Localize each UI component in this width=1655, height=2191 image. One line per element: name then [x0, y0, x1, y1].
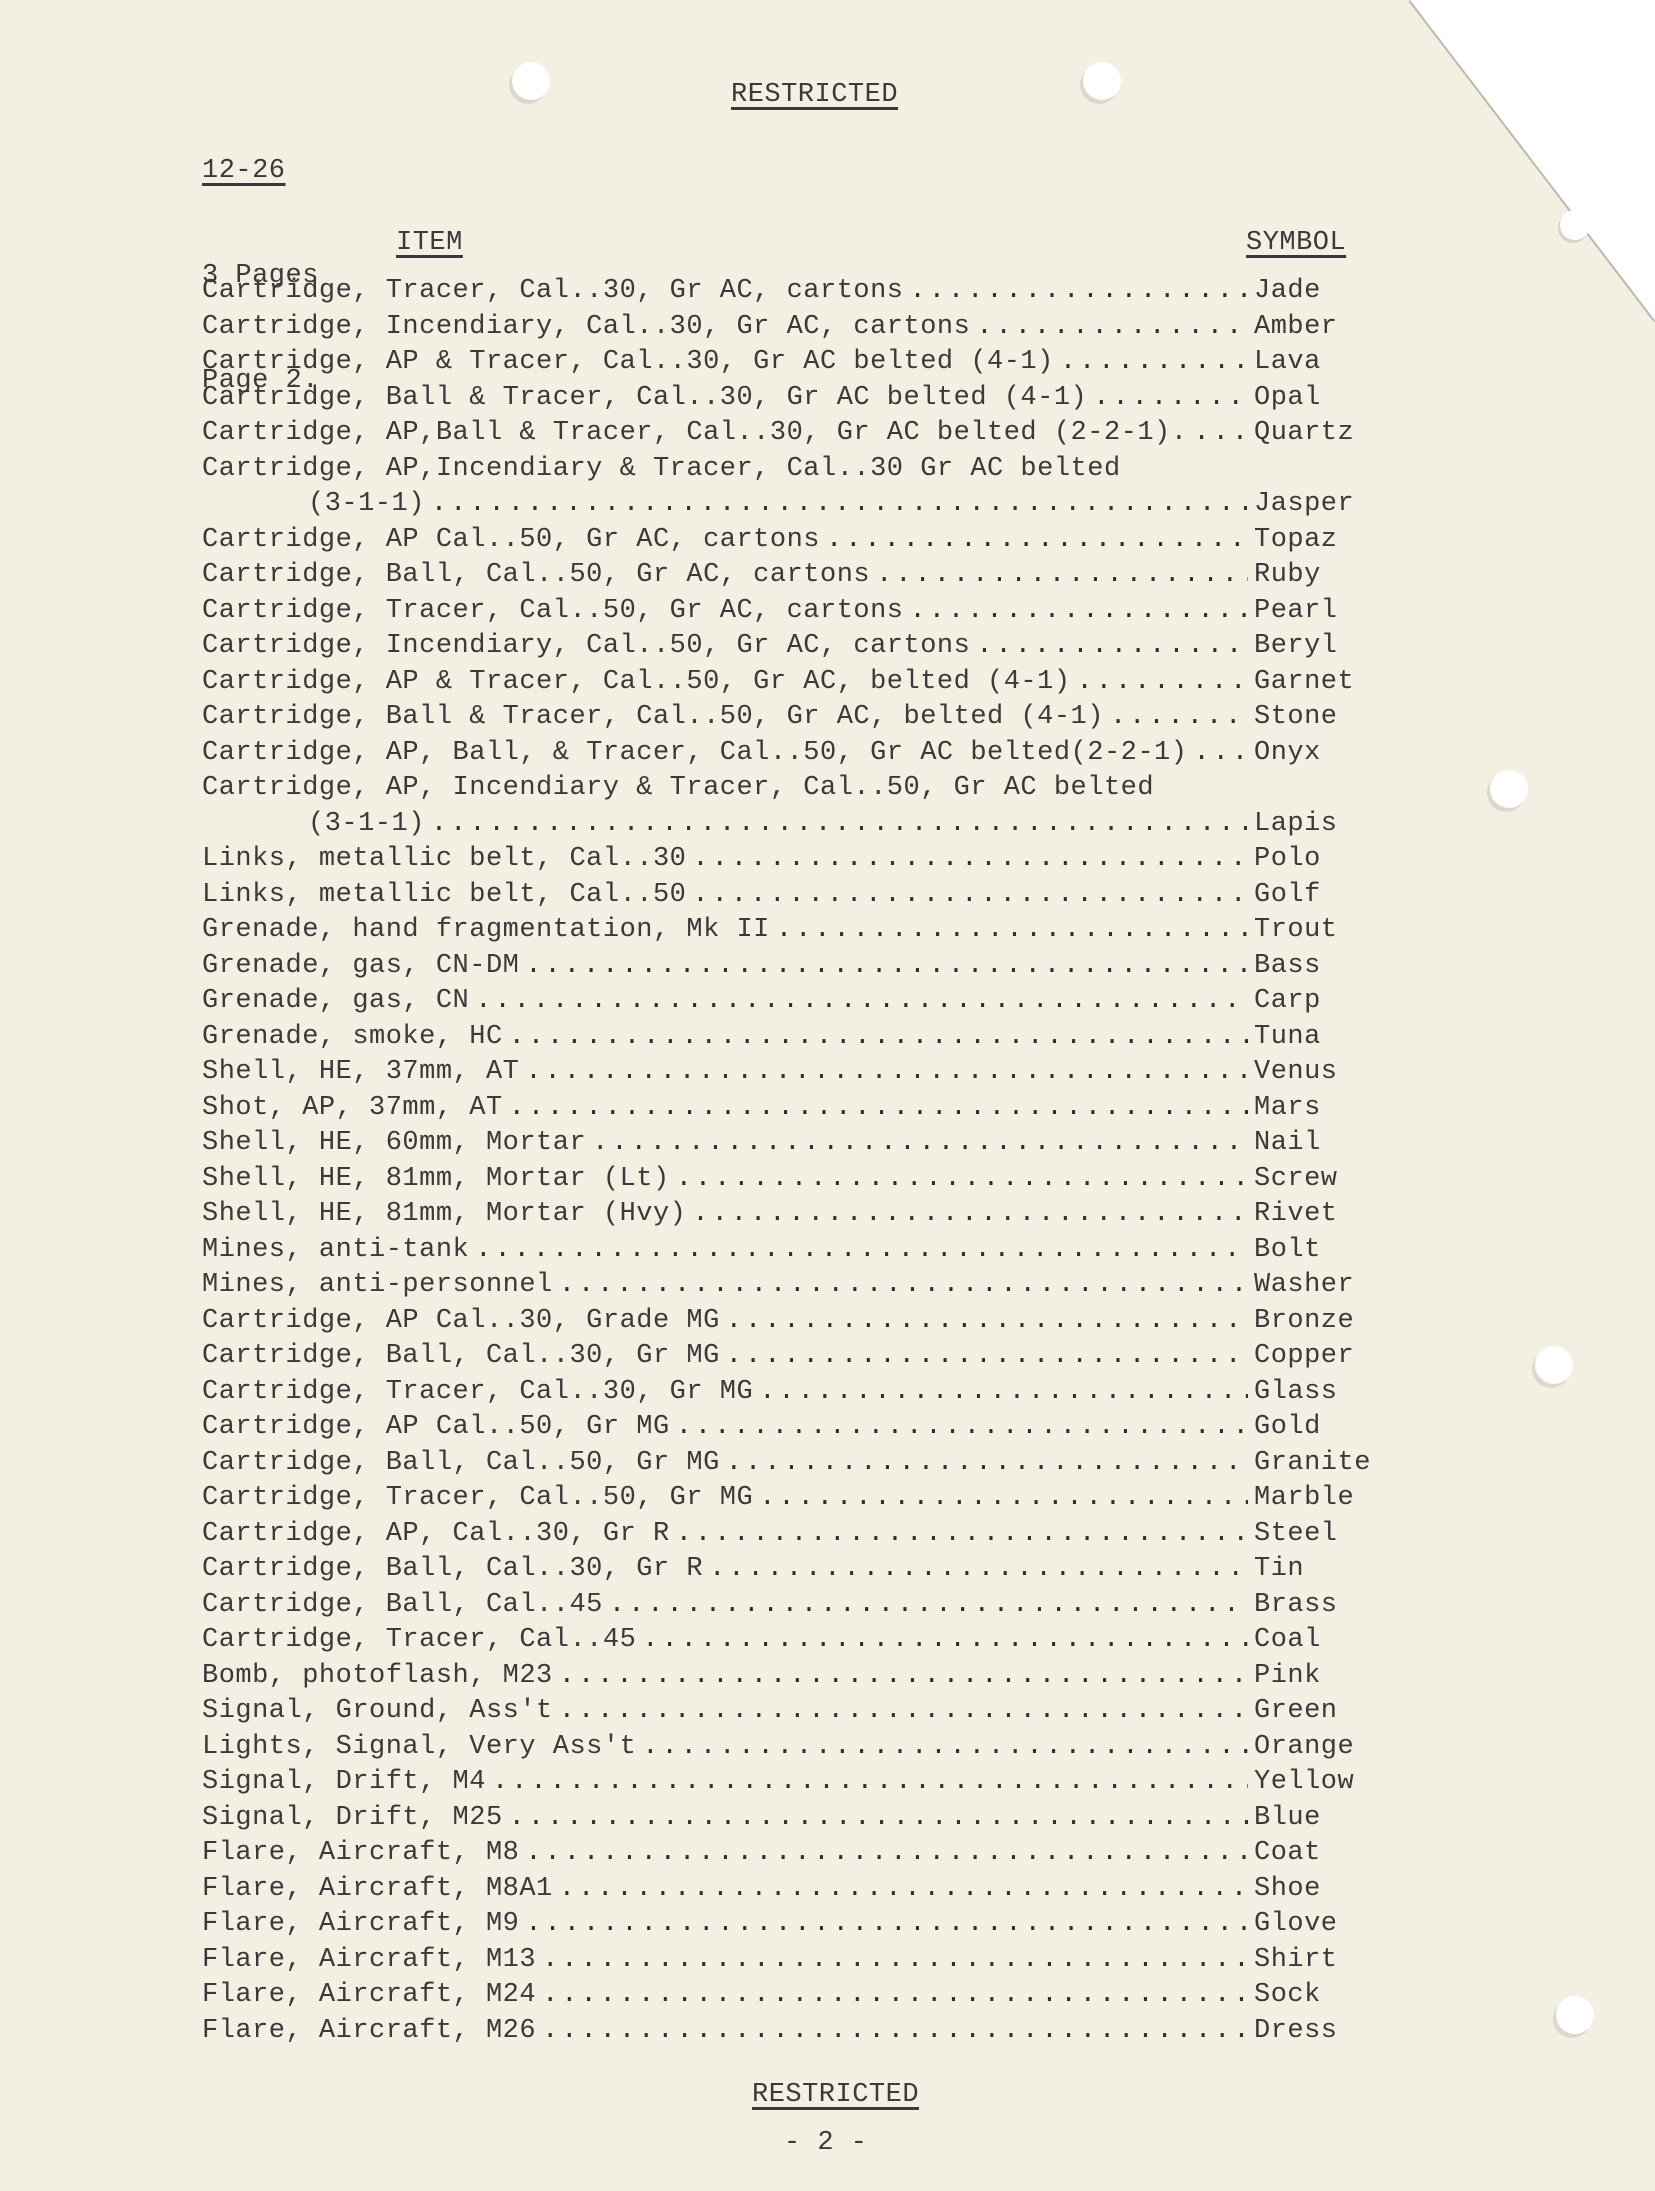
- punch-hole: [512, 62, 550, 100]
- item-name: Cartridge, Ball, Cal..30, Gr MG: [202, 1341, 720, 1371]
- list-item: Signal, Ground, Ass't...................…: [202, 1696, 1382, 1732]
- item-symbol: Pearl: [1254, 596, 1382, 626]
- leader-dots: ........................................…: [726, 1306, 1248, 1336]
- leader-dots: ........................................…: [759, 1483, 1248, 1513]
- item-name: Flare, Aircraft, M9: [202, 1909, 519, 1939]
- list-item: Cartridge, Tracer, Cal..50, Gr MG.......…: [202, 1483, 1382, 1519]
- item-symbol: Copper: [1254, 1341, 1382, 1371]
- leader-dots: ........................................…: [509, 1803, 1248, 1833]
- item-symbol-list: Cartridge, Tracer, Cal..30, Gr AC, carto…: [202, 276, 1382, 2051]
- list-item: Cartridge, AP & Tracer, Cal..50, Gr AC, …: [202, 667, 1382, 703]
- leader-dots: ........................................…: [559, 1874, 1248, 1904]
- list-item: Flare, Aircraft, M13....................…: [202, 1945, 1382, 1981]
- item-symbol: Pink: [1254, 1661, 1382, 1691]
- list-item-continuation: (3-1-1).................................…: [202, 809, 1382, 845]
- item-symbol: Mars: [1254, 1093, 1382, 1123]
- list-item: Mines, anti-tank........................…: [202, 1235, 1382, 1271]
- list-item: Cartridge, AP Cal..50, Gr AC, cartons...…: [202, 525, 1382, 561]
- item-name: Grenade, gas, CN-DM: [202, 951, 519, 981]
- item-name: Links, metallic belt, Cal..50: [202, 880, 686, 910]
- list-item: Cartridge, Tracer, Cal..30, Gr MG.......…: [202, 1377, 1382, 1413]
- item-name: Bomb, photoflash, M23: [202, 1661, 553, 1691]
- leader-dots: ........................................…: [609, 1590, 1248, 1620]
- list-item: Cartridge, AP, Incendiary & Tracer, Cal.…: [202, 773, 1382, 809]
- list-item: Mines, anti-personnel...................…: [202, 1270, 1382, 1306]
- punch-hole: [1490, 770, 1528, 808]
- item-name: Cartridge, AP Cal..50, Gr AC, cartons: [202, 525, 820, 555]
- leader-dots: ........................................…: [431, 489, 1248, 519]
- item-name: Flare, Aircraft, M13: [202, 1945, 536, 1975]
- item-name: Cartridge, AP Cal..30, Grade MG: [202, 1306, 720, 1336]
- item-symbol: Quartz: [1254, 418, 1382, 448]
- leader-dots: ........................................…: [826, 525, 1248, 555]
- item-symbol: Blue: [1254, 1803, 1382, 1833]
- item-symbol: Steel: [1254, 1519, 1382, 1549]
- item-name: Cartridge, Incendiary, Cal..30, Gr AC, c…: [202, 312, 970, 342]
- leader-dots: ........................................…: [492, 1767, 1248, 1797]
- item-symbol: Garnet: [1254, 667, 1382, 697]
- leader-dots: ........................................…: [642, 1625, 1248, 1655]
- leader-dots: ........................................…: [709, 1554, 1248, 1584]
- item-symbol: Coat: [1254, 1838, 1382, 1868]
- leader-dots: ........................................…: [559, 1696, 1248, 1726]
- leader-dots: ........................................…: [676, 1519, 1248, 1549]
- item-symbol: Trout: [1254, 915, 1382, 945]
- item-symbol: Shirt: [1254, 1945, 1382, 1975]
- leader-dots: ........................................…: [876, 560, 1248, 590]
- classification-header: RESTRICTED: [731, 80, 898, 110]
- item-symbol: Onyx: [1254, 738, 1382, 768]
- list-item: Cartridge, AP & Tracer, Cal..30, Gr AC b…: [202, 347, 1382, 383]
- item-symbol: Jasper: [1254, 489, 1382, 519]
- item-symbol: Sock: [1254, 1980, 1382, 2010]
- list-item: Grenade, hand fragmentation, Mk II......…: [202, 915, 1382, 951]
- leader-dots: ........................................…: [692, 1199, 1248, 1229]
- item-symbol: Bolt: [1254, 1235, 1382, 1265]
- list-item: Flare, Aircraft, M9.....................…: [202, 1909, 1382, 1945]
- leader-dots: ........................................…: [525, 951, 1248, 981]
- list-item: Cartridge, AP, Cal..30, Gr R............…: [202, 1519, 1382, 1555]
- column-header-item: ITEM: [396, 228, 463, 258]
- list-item: Cartridge, Ball & Tracer, Cal..50, Gr AC…: [202, 702, 1382, 738]
- item-symbol: Gold: [1254, 1412, 1382, 1442]
- item-symbol: Tin: [1254, 1554, 1382, 1584]
- item-name: Cartridge, Tracer, Cal..30, Gr MG: [202, 1377, 753, 1407]
- item-symbol: Shoe: [1254, 1874, 1382, 1904]
- item-name: Cartridge, AP, Incendiary & Tracer, Cal.…: [202, 773, 1154, 803]
- leader-dots: ........................................…: [431, 809, 1248, 839]
- list-item: Cartridge, AP Cal..50, Gr MG............…: [202, 1412, 1382, 1448]
- item-name: Grenade, hand fragmentation, Mk II: [202, 915, 770, 945]
- item-name: Shell, HE, 81mm, Mortar (Hvy): [202, 1199, 686, 1229]
- punch-hole: [1535, 1346, 1573, 1384]
- item-symbol: Stone: [1254, 702, 1382, 732]
- item-name: Cartridge, AP Cal..50, Gr MG: [202, 1412, 670, 1442]
- list-item: Flare, Aircraft, M24....................…: [202, 1980, 1382, 2016]
- edge-notch: [1560, 210, 1590, 240]
- item-symbol: Coal: [1254, 1625, 1382, 1655]
- item-symbol: Amber: [1254, 312, 1382, 342]
- list-item: Cartridge, Incendiary, Cal..30, Gr AC, c…: [202, 312, 1382, 348]
- item-symbol: Lava: [1254, 347, 1382, 377]
- item-name: Cartridge, AP,Incendiary & Tracer, Cal..…: [202, 454, 1121, 484]
- item-symbol: Beryl: [1254, 631, 1382, 661]
- list-item: Cartridge, Ball, Cal..50, Gr AC, cartons…: [202, 560, 1382, 596]
- leader-dots: ........................................…: [642, 1732, 1248, 1762]
- leader-dots: ........................................…: [1093, 383, 1248, 413]
- item-symbol: Orange: [1254, 1732, 1382, 1762]
- item-symbol: Dress: [1254, 2016, 1382, 2046]
- list-item: Grenade, gas, CN........................…: [202, 986, 1382, 1022]
- leader-dots: ........................................…: [475, 1235, 1248, 1265]
- list-item: Cartridge, AP,Incendiary & Tracer, Cal..…: [202, 454, 1382, 490]
- leader-dots: ........................................…: [542, 1945, 1248, 1975]
- item-name: Shot, AP, 37mm, AT: [202, 1093, 503, 1123]
- list-item: Grenade, gas, CN-DM.....................…: [202, 951, 1382, 987]
- leader-dots: ........................................…: [759, 1377, 1248, 1407]
- leader-dots: ........................................…: [1060, 347, 1248, 377]
- item-symbol: Opal: [1254, 383, 1382, 413]
- item-symbol: Tuna: [1254, 1022, 1382, 1052]
- item-name: Flare, Aircraft, M8: [202, 1838, 519, 1868]
- leader-dots: ........................................…: [542, 1980, 1248, 2010]
- punch-hole: [1556, 1996, 1594, 2034]
- leader-dots: ........................................…: [976, 631, 1248, 661]
- list-item-continuation: (3-1-1).................................…: [202, 489, 1382, 525]
- item-symbol: Brass: [1254, 1590, 1382, 1620]
- item-name: Grenade, gas, CN: [202, 986, 469, 1016]
- list-item: Cartridge, Ball, Cal..30, Gr MG.........…: [202, 1341, 1382, 1377]
- list-item: Cartridge, Ball, Cal..45................…: [202, 1590, 1382, 1626]
- item-name: Cartridge, Ball & Tracer, Cal..30, Gr AC…: [202, 383, 1087, 413]
- list-item: Flare, Aircraft, M26....................…: [202, 2016, 1382, 2052]
- leader-dots: ........................................…: [1193, 738, 1248, 768]
- item-name: Cartridge, Ball, Cal..50, Gr AC, cartons: [202, 560, 870, 590]
- item-symbol: Polo: [1254, 844, 1382, 874]
- item-name: Cartridge, Ball, Cal..30, Gr R: [202, 1554, 703, 1584]
- item-symbol: Glass: [1254, 1377, 1382, 1407]
- document-number: 12-26: [202, 154, 319, 189]
- item-name: Flare, Aircraft, M8A1: [202, 1874, 553, 1904]
- leader-dots: ........................................…: [525, 1838, 1248, 1868]
- list-item: Signal, Drift, M25......................…: [202, 1803, 1382, 1839]
- item-symbol: Granite: [1254, 1448, 1382, 1478]
- item-name: Cartridge, Tracer, Cal..30, Gr AC, carto…: [202, 276, 904, 306]
- leader-dots: ........................................…: [525, 1909, 1248, 1939]
- leader-dots: ........................................…: [1110, 702, 1248, 732]
- list-item: Shell, HE, 81mm, Mortar (Hvy)...........…: [202, 1199, 1382, 1235]
- list-item: Shell, HE, 81mm, Mortar (Lt)............…: [202, 1164, 1382, 1200]
- list-item: Cartridge, AP,Ball & Tracer, Cal..30, Gr…: [202, 418, 1382, 454]
- item-name: Shell, HE, 81mm, Mortar (Lt): [202, 1164, 670, 1194]
- item-symbol: Ruby: [1254, 560, 1382, 590]
- item-symbol: Carp: [1254, 986, 1382, 1016]
- list-item: Cartridge, AP, Ball, & Tracer, Cal..50, …: [202, 738, 1382, 774]
- list-item: Cartridge, Tracer, Cal..30, Gr AC, carto…: [202, 276, 1382, 312]
- list-item: Cartridge, Tracer, Cal..45..............…: [202, 1625, 1382, 1661]
- item-name: Signal, Drift, M4: [202, 1767, 486, 1797]
- item-name: Cartridge, AP, Ball, & Tracer, Cal..50, …: [202, 738, 1187, 768]
- item-symbol: Green: [1254, 1696, 1382, 1726]
- item-name: Flare, Aircraft, M24: [202, 1980, 536, 2010]
- punch-hole: [1083, 62, 1121, 100]
- item-name: Cartridge, Incendiary, Cal..50, Gr AC, c…: [202, 631, 970, 661]
- item-name: Mines, anti-tank: [202, 1235, 469, 1265]
- item-symbol: Yellow: [1254, 1767, 1382, 1797]
- item-name: Grenade, smoke, HC: [202, 1022, 503, 1052]
- classification-footer: RESTRICTED: [752, 2080, 919, 2110]
- list-item: Cartridge, Tracer, Cal..50, Gr AC, carto…: [202, 596, 1382, 632]
- item-name: Signal, Drift, M25: [202, 1803, 503, 1833]
- item-symbol: Rivet: [1254, 1199, 1382, 1229]
- item-name: Lights, Signal, Very Ass't: [202, 1732, 636, 1762]
- list-item: Cartridge, Ball, Cal..50, Gr MG.........…: [202, 1448, 1382, 1484]
- leader-dots: ........................................…: [976, 312, 1248, 342]
- list-item: Shell, HE, 37mm, AT.....................…: [202, 1057, 1382, 1093]
- leader-dots: ........................................…: [676, 1164, 1248, 1194]
- item-symbol: Marble: [1254, 1483, 1382, 1513]
- list-item: Shot, AP, 37mm, AT......................…: [202, 1093, 1382, 1129]
- item-name: Shell, HE, 37mm, AT: [202, 1057, 519, 1087]
- leader-dots: ........................................…: [509, 1022, 1248, 1052]
- leader-dots: ........................................…: [1077, 667, 1248, 697]
- page-number: - 2 -: [784, 2128, 868, 2158]
- list-item: Cartridge, Ball, Cal..30, Gr R..........…: [202, 1554, 1382, 1590]
- item-name: Cartridge, AP,Ball & Tracer, Cal..30, Gr…: [202, 418, 1187, 448]
- leader-dots: ........................................…: [910, 596, 1248, 626]
- item-name: Cartridge, Ball, Cal..50, Gr MG: [202, 1448, 720, 1478]
- item-symbol: Golf: [1254, 880, 1382, 910]
- item-symbol: Glove: [1254, 1909, 1382, 1939]
- list-item: Cartridge, AP Cal..30, Grade MG.........…: [202, 1306, 1382, 1342]
- item-name: Cartridge, AP & Tracer, Cal..50, Gr AC, …: [202, 667, 1071, 697]
- leader-dots: ........................................…: [776, 915, 1248, 945]
- item-symbol: Lapis: [1254, 809, 1382, 839]
- leader-dots: ........................................…: [910, 276, 1248, 306]
- item-name: Mines, anti-personnel: [202, 1270, 553, 1300]
- leader-dots: ........................................…: [475, 986, 1248, 1016]
- item-symbol: Bass: [1254, 951, 1382, 981]
- item-name: Shell, HE, 60mm, Mortar: [202, 1128, 586, 1158]
- item-name: Cartridge, Ball, Cal..45: [202, 1590, 603, 1620]
- leader-dots: ........................................…: [542, 2016, 1248, 2046]
- list-item: Links, metallic belt, Cal..50...........…: [202, 880, 1382, 916]
- leader-dots: ........................................…: [525, 1057, 1248, 1087]
- list-item: Shell, HE, 60mm, Mortar.................…: [202, 1128, 1382, 1164]
- leader-dots: ........................................…: [692, 880, 1248, 910]
- list-item: Cartridge, Ball & Tracer, Cal..30, Gr AC…: [202, 383, 1382, 419]
- item-symbol: Bronze: [1254, 1306, 1382, 1336]
- item-symbol: Screw: [1254, 1164, 1382, 1194]
- item-symbol: Topaz: [1254, 525, 1382, 555]
- leader-dots: ........................................…: [559, 1661, 1248, 1691]
- item-name: Signal, Ground, Ass't: [202, 1696, 553, 1726]
- item-symbol: Venus: [1254, 1057, 1382, 1087]
- item-name: Flare, Aircraft, M26: [202, 2016, 536, 2046]
- item-name-continuation: (3-1-1): [202, 489, 425, 519]
- list-item: Cartridge, Incendiary, Cal..50, Gr AC, c…: [202, 631, 1382, 667]
- list-item: Lights, Signal, Very Ass't..............…: [202, 1732, 1382, 1768]
- leader-dots: ........................................…: [676, 1412, 1248, 1442]
- item-symbol: Washer: [1254, 1270, 1382, 1300]
- item-name: Cartridge, Tracer, Cal..50, Gr AC, carto…: [202, 596, 904, 626]
- item-name: Links, metallic belt, Cal..30: [202, 844, 686, 874]
- leader-dots: ........................................…: [592, 1128, 1248, 1158]
- leader-dots: ........................................…: [559, 1270, 1248, 1300]
- leader-dots: ........................................…: [726, 1448, 1248, 1478]
- item-name: Cartridge, Tracer, Cal..50, Gr MG: [202, 1483, 753, 1513]
- column-header-symbol: SYMBOL: [1246, 228, 1346, 258]
- leader-dots: ........................................…: [1193, 418, 1248, 448]
- list-item: Flare, Aircraft, M8A1...................…: [202, 1874, 1382, 1910]
- leader-dots: ........................................…: [692, 844, 1248, 874]
- list-item: Links, metallic belt, Cal..30...........…: [202, 844, 1382, 880]
- item-symbol: Nail: [1254, 1128, 1382, 1158]
- item-name: Cartridge, Tracer, Cal..45: [202, 1625, 636, 1655]
- item-name-continuation: (3-1-1): [202, 809, 425, 839]
- item-name: Cartridge, Ball & Tracer, Cal..50, Gr AC…: [202, 702, 1104, 732]
- list-item: Flare, Aircraft, M8.....................…: [202, 1838, 1382, 1874]
- item-name: Cartridge, AP & Tracer, Cal..30, Gr AC b…: [202, 347, 1054, 377]
- list-item: Bomb, photoflash, M23...................…: [202, 1661, 1382, 1697]
- item-symbol: Jade: [1254, 276, 1382, 306]
- item-name: Cartridge, AP, Cal..30, Gr R: [202, 1519, 670, 1549]
- leader-dots: ........................................…: [726, 1341, 1248, 1371]
- list-item: Signal, Drift, M4.......................…: [202, 1767, 1382, 1803]
- list-item: Grenade, smoke, HC......................…: [202, 1022, 1382, 1058]
- leader-dots: ........................................…: [509, 1093, 1248, 1123]
